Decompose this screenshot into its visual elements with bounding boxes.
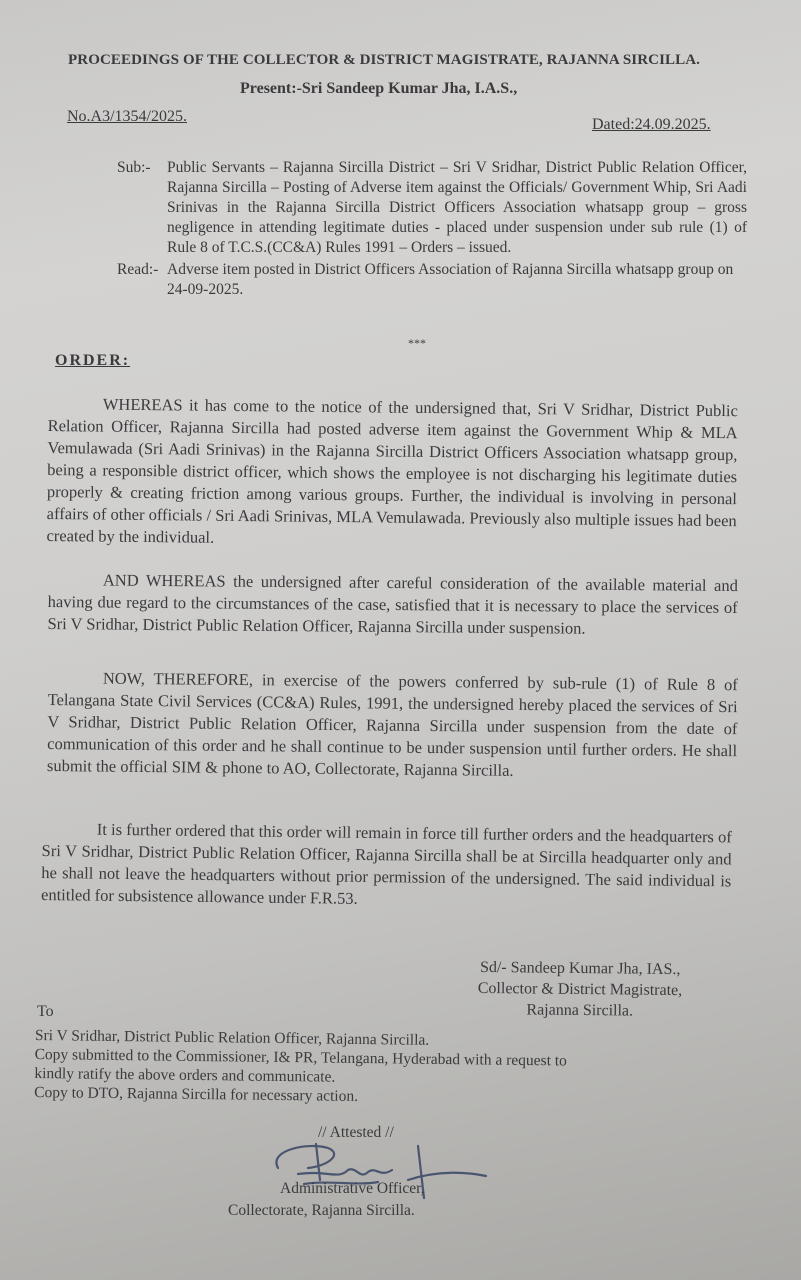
order-paragraph: AND WHEREAS the undersigned after carefu…: [47, 569, 738, 641]
order-paragraph: WHEREAS it has come to the notice of the…: [46, 393, 738, 554]
document-title: PROCEEDINGS OF THE COLLECTOR & DISTRICT …: [68, 52, 700, 69]
order-paragraph: NOW, THEREFORE, in exercise of the power…: [47, 667, 738, 784]
separator-stars: ***: [408, 336, 426, 351]
present-officer: Present:-Sri Sandeep Kumar Jha, I.A.S.,: [240, 80, 517, 98]
signatory-block: Sd/- Sandeep Kumar Jha, IAS., Collector …: [450, 957, 711, 1023]
attesting-officer-title: Administrative Officer,: [228, 1178, 425, 1200]
reference-number: No.A3/1354/2025.: [67, 108, 187, 126]
subject-label: Sub:-: [117, 158, 167, 258]
attesting-office: Collectorate, Rajanna Sircilla.: [228, 1200, 425, 1222]
order-paragraph: It is further ordered that this order wi…: [41, 818, 732, 914]
document-page: PROCEEDINGS OF THE COLLECTOR & DISTRICT …: [0, 0, 801, 1280]
read-label: Read:-: [117, 260, 167, 300]
order-heading: ORDER:: [55, 352, 130, 370]
signatory-place: Rajanna Sircilla.: [450, 999, 710, 1023]
attesting-officer: Administrative Officer, Collectorate, Ra…: [228, 1178, 425, 1222]
subject-text: Public Servants – Rajanna Sircilla Distr…: [167, 158, 747, 258]
subject-block: Sub:- Public Servants – Rajanna Sircilla…: [117, 158, 747, 300]
distribution-list: Sri V Sridhar, District Public Relation …: [34, 1026, 695, 1110]
signatory-designation: Collector & District Magistrate,: [450, 978, 710, 1002]
read-text: Adverse item posted in District Officers…: [167, 260, 747, 300]
order-date: Dated:24.09.2025.: [592, 116, 711, 134]
to-label: To: [37, 1003, 54, 1021]
signatory-name: Sd/- Sandeep Kumar Jha, IAS.,: [450, 957, 710, 981]
